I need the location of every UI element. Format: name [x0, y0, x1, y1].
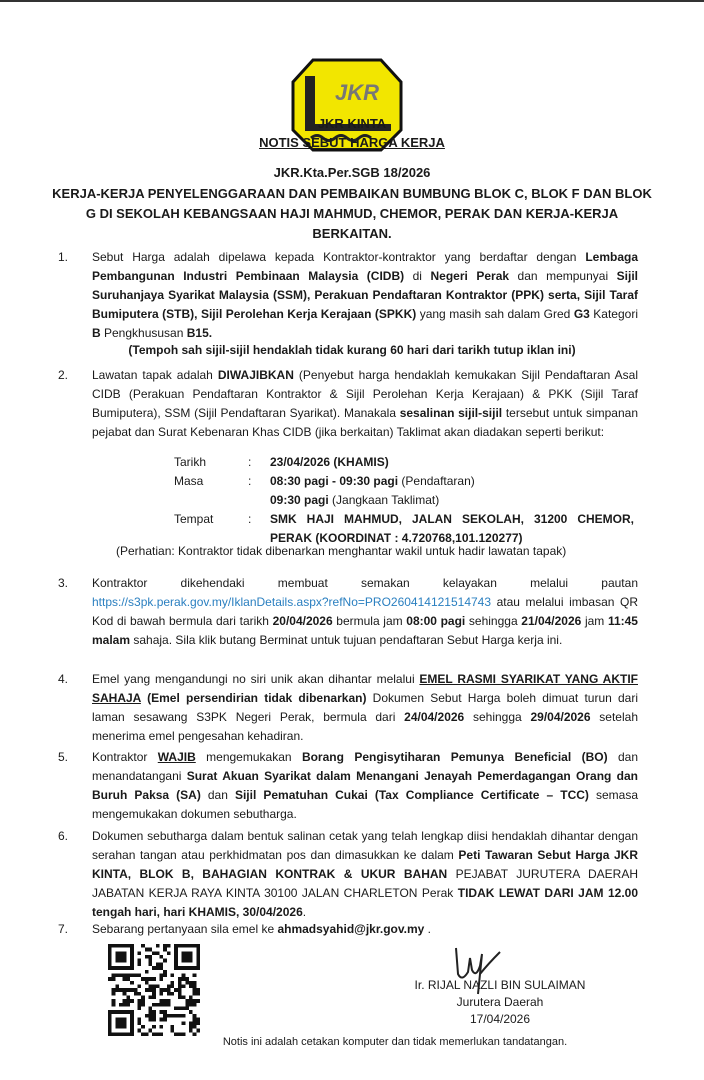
briefing-row: 09:30 pagi (Jangkaan Taklimat) — [174, 491, 634, 510]
site-visit-note: (Perhatian: Kontraktor tidak dibenarkan … — [116, 544, 566, 558]
footer-note: Notis ini adalah cetakan komputer dan ti… — [0, 1036, 704, 1048]
qr-code[interactable] — [108, 944, 200, 1036]
item-body: Lawatan tapak adalah DIWAJIBKAN (Penyebu… — [92, 366, 638, 442]
reference-number: JKR.Kta.Per.SGB 18/2026 — [0, 165, 704, 180]
briefing-row: Tarikh:23/04/2026 (KHAMIS) — [174, 453, 634, 472]
certificate-validity-note: (Tempoh sah sijil-sijil hendaklah tidak … — [0, 343, 704, 357]
item-6: 6. Dokumen sebutharga dalam bentuk salin… — [58, 827, 638, 922]
item-body: Sebut Harga adalah dipelawa kepada Kontr… — [92, 248, 638, 343]
item-7: 7. Sebarang pertanyaan sila emel ke ahma… — [58, 920, 638, 939]
project-title: KERJA-KERJA PENYELENGGARAAN DAN PEMBAIKA… — [50, 184, 654, 244]
item-body: Kontraktor WAJIB mengemukakan Borang Pen… — [92, 748, 638, 824]
office-name: JKR KINTA — [0, 116, 704, 131]
signatory-name: Ir. RIJAL NAZLI BIN SULAIMAN — [410, 977, 590, 994]
signatory-block: Ir. RIJAL NAZLI BIN SULAIMAN Jurutera Da… — [410, 977, 590, 1028]
eligibility-link[interactable]: https://s3pk.perak.gov.my/IklanDetails.a… — [92, 595, 491, 609]
svg-text:JKR: JKR — [335, 80, 379, 105]
item-body: Dokumen sebutharga dalam bentuk salinan … — [92, 827, 638, 922]
notice-title: NOTIS SEBUT HARGA KERJA — [0, 135, 704, 150]
briefing-row: Masa:08:30 pagi - 09:30 pagi (Pendaftara… — [174, 472, 634, 491]
briefing-row: Tempat:SMK HAJI MAHMUD, JALAN SEKOLAH, 3… — [174, 510, 634, 548]
item-body: Emel yang mengandungi no siri unik akan … — [92, 670, 638, 746]
item-1: 1. Sebut Harga adalah dipelawa kepada Ko… — [58, 248, 638, 343]
item-3: 3. Kontraktor dikehendaki membuat semaka… — [58, 574, 638, 650]
signature-date: 17/04/2026 — [410, 1011, 590, 1028]
item-5: 5. Kontraktor WAJIB mengemukakan Borang … — [58, 748, 638, 824]
signatory-position: Jurutera Daerah — [410, 994, 590, 1011]
item-body: Kontraktor dikehendaki membuat semakan k… — [92, 574, 638, 650]
item-4: 4. Emel yang mengandungi no siri unik ak… — [58, 670, 638, 746]
briefing-details: Tarikh:23/04/2026 (KHAMIS)Masa:08:30 pag… — [174, 453, 634, 548]
item-body: Sebarang pertanyaan sila emel ke ahmadsy… — [92, 920, 638, 939]
item-2: 2. Lawatan tapak adalah DIWAJIBKAN (Peny… — [58, 366, 638, 442]
